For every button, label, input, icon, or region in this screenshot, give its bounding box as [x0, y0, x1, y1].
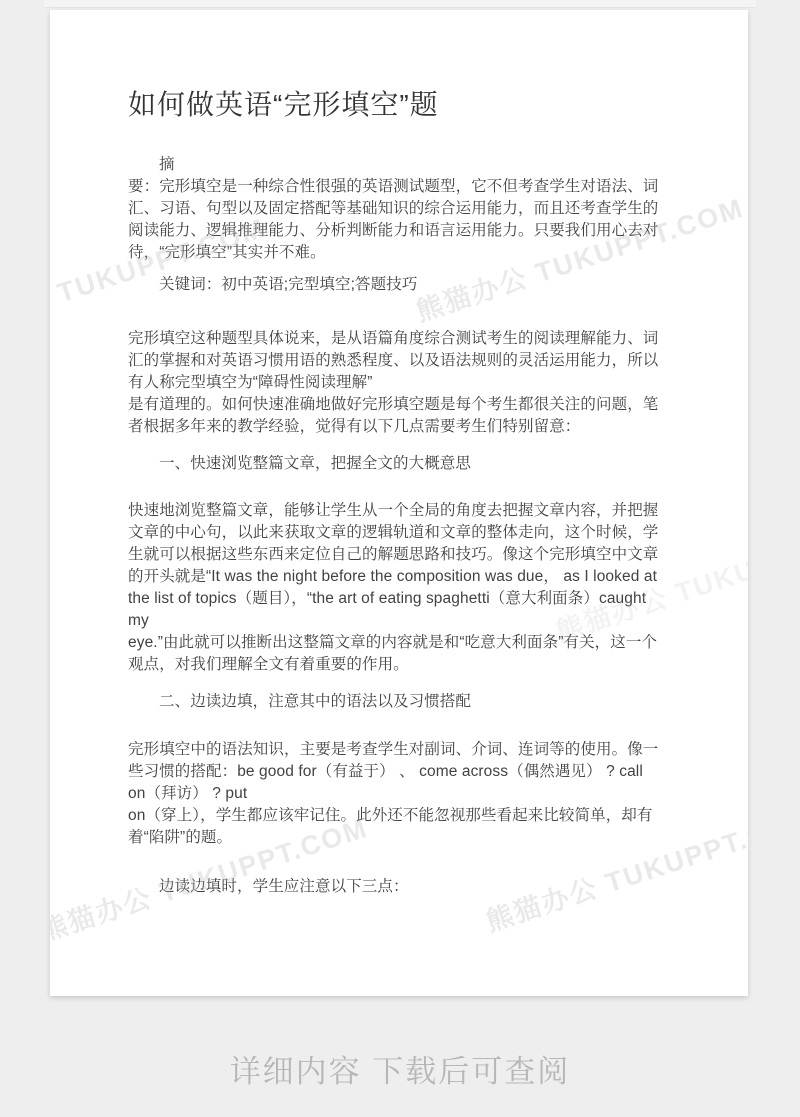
paragraph-section-1: 快速地浏览整篇文章，能够让学生从一个全局的角度去把握文章内容，并把握文章的中心句… — [128, 500, 660, 676]
text-line: 汇的掌握和对英语习惯用语的熟悉程度、以及语法规则的灵活运用能力，所以 — [128, 350, 660, 372]
text-line: 摘 — [128, 154, 660, 176]
text-line: 要：完形填空是一种综合性很强的英语测试题型，它不但考查学生对语法、词 — [128, 176, 660, 198]
text-line: 有人称完型填空为“障碍性阅读理解” — [128, 372, 660, 394]
text-line: 一、快速浏览整篇文章，把握全文的大概意思 — [128, 453, 660, 475]
text-line: 完形填空中的语法知识，主要是考查学生对副词、介词、连词等的使用。像一 — [128, 739, 660, 761]
text-line: on（拜访） ? put — [128, 783, 660, 805]
text-line: 者根据多年来的教学经验，觉得有以下几点需要考生们特别留意： — [128, 416, 660, 438]
document-page: 熊猫办公 TUKUPPT.COM 熊猫办公 TUKUPPT.COM 熊猫办公 T… — [50, 10, 748, 996]
section-heading-2: 二、边读边填，注意其中的语法以及习惯搭配 — [128, 691, 660, 713]
text-line: 快速地浏览整篇文章，能够让学生从一个全局的角度去把握文章内容，并把握 — [128, 500, 660, 522]
text-line: 关键词：初中英语;完型填空;答题技巧 — [128, 274, 660, 296]
section-heading-1: 一、快速浏览整篇文章，把握全文的大概意思 — [128, 453, 660, 475]
text-line: 如何做英语“完形填空”题 — [128, 86, 660, 124]
previous-page-edge — [44, 0, 756, 8]
text-line: 观点，对我们理解全文有着重要的作用。 — [128, 654, 660, 676]
paragraph-section-2: 完形填空中的语法知识，主要是考查学生对副词、介词、连词等的使用。像一些习惯的搭配… — [128, 739, 660, 849]
doc-title: 如何做英语“完形填空”题 — [128, 86, 660, 124]
text-line: 文章的中心句，以此来获取文章的逻辑轨道和文章的整体走向，这个时候，学 — [128, 522, 660, 544]
closing-line: 边读边填时，学生应注意以下三点： — [128, 876, 660, 898]
text-line: 边读边填时，学生应注意以下三点： — [128, 876, 660, 898]
text-line: my — [128, 610, 660, 632]
text-line: on（穿上），学生都应该牢记住。此外还不能忽视那些看起来比较简单，却有 — [128, 805, 660, 827]
text-line: 是有道理的。如何快速准确地做好完形填空题是每个考生都很关注的问题，笔 — [128, 394, 660, 416]
text-line: 生就可以根据这些东西来定位自己的解题思路和技巧。像这个完形填空中文章 — [128, 544, 660, 566]
text-line: 二、边读边填，注意其中的语法以及习惯搭配 — [128, 691, 660, 713]
keywords-line: 关键词：初中英语;完型填空;答题技巧 — [128, 274, 660, 296]
text-line: 阅读能力、逻辑推理能力、分析判断能力和语言运用能力。只要我们用心去对 — [128, 220, 660, 242]
text-line: 着“陷阱”的题。 — [128, 827, 660, 849]
text-line: 汇、习语、句型以及固定搭配等基础知识的综合运用能力，而且还考查学生的 — [128, 198, 660, 220]
text-line: the list of topics（题目），“the art of eatin… — [128, 588, 660, 610]
text-line: eye.”由此就可以推断出这整篇文章的内容就是和“吃意大利面条”有关，这一个 — [128, 632, 660, 654]
text-line: 完形填空这种题型具体说来，是从语篇角度综合测试考生的阅读理解能力、词 — [128, 328, 660, 350]
preview-screen: 熊猫办公 TUKUPPT.COM 熊猫办公 TUKUPPT.COM 熊猫办公 T… — [0, 0, 800, 1117]
download-prompt: 详细内容 下载后可查阅 — [0, 1046, 800, 1091]
paragraph-intro: 完形填空这种题型具体说来，是从语篇角度综合测试考生的阅读理解能力、词汇的掌握和对… — [128, 328, 660, 438]
abstract-paragraph: 摘要：完形填空是一种综合性很强的英语测试题型，它不但考查学生对语法、词汇、习语、… — [128, 154, 660, 264]
text-line: 的开头就是“It was the night before the compos… — [128, 566, 660, 588]
text-line: 待，“完形填空”其实并不难。 — [128, 242, 660, 264]
text-line: 些习惯的搭配：be good for（有益于） 、 come across（偶然… — [128, 761, 660, 783]
